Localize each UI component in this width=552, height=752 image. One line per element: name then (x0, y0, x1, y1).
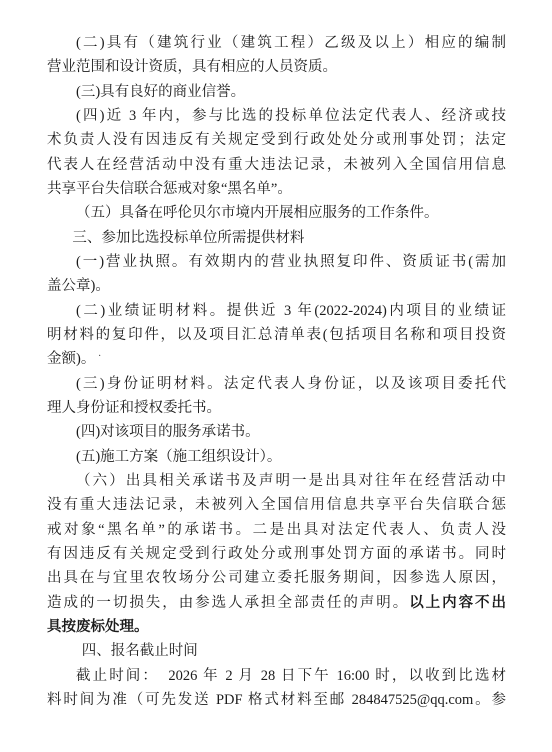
document-line: 料时间为准（可先发送 PDF 格式材料至邮 284847525@qq.com。参 (47, 688, 506, 712)
document-line: 三、参加比选投标单位所需提供材料 (47, 226, 506, 250)
text-segment: 出具在与宜里农牧场分公司建立委托服务期间，因参选人原因， (47, 570, 506, 586)
text-segment: (四)近 3 年内，参与比选的投标单位法定代表人、经济或技 (76, 108, 506, 124)
document-line: (二)具有（建筑行业（建筑工程）乙级及以上）相应的编制 (47, 31, 506, 55)
document-line: 代表人在经营活动中没有重大违法记录，未被列入全国信用信息 (47, 153, 506, 177)
text-segment: 术负责人没有因违反有关规定受到行政处处分或刑事处罚；法定 (47, 132, 506, 148)
text-segment: （六）出具相关承诺书及声明一是出具对往年在经营活动中 (76, 473, 506, 489)
document-line: （六）出具相关承诺书及声明一是出具对往年在经营活动中 (47, 469, 506, 493)
document-line: 金额)。 (47, 347, 506, 371)
text-segment: 戒对象“黑名单”的承诺书。二是出具对法定代表人、负责人没 (47, 522, 506, 538)
document-line: 理人身份证和授权委托书。 (47, 396, 506, 420)
document-line: 明材料的复印件，以及项目汇总清单表(包括项目名称和项目投资 (47, 323, 506, 347)
text-segment: 截止时间： 2026 年 2 月 28 日下午 16:00 时，以收到比选材 (76, 668, 506, 684)
text-segment: (二)业绩证明材料。提供近 3 年(2022-2024)内项目的业绩证 (76, 303, 506, 319)
stray-scan-mark: ’ (160, 649, 163, 659)
text-segment: 造成的一切损失，由参选人承担全部责任的声明。 (47, 595, 409, 611)
document-line: 造成的一切损失，由参选人承担全部责任的声明。以上内容不出 (47, 591, 506, 615)
document-line: 共享平台失信联合惩戒对象“黑名单”。 (47, 177, 506, 201)
document-line: 术负责人没有因违反有关规定受到行政处处分或刑事处罚；法定 (47, 128, 506, 152)
document-line: 戒对象“黑名单”的承诺书。二是出具对法定代表人、负责人没 (47, 518, 506, 542)
text-segment: (五)施工方案（施工组织设计）。 (76, 449, 281, 465)
text-segment: 共享平台失信联合惩戒对象“黑名单”。 (47, 181, 292, 197)
text-segment: 三、参加比选投标单位所需提供材料 (72, 230, 304, 246)
text-segment: 理人身份证和授权委托书。 (47, 400, 221, 416)
text-segment: （五）具备在呼伦贝尔市境内开展相应服务的工作条件。 (76, 205, 439, 221)
text-block: (二)具有（建筑行业（建筑工程）乙级及以上）相应的编制营业范围和设计资质，具有相… (47, 31, 506, 712)
text-segment: (三)具有良好的商业信誉。 (76, 84, 245, 100)
document-line: 截止时间： 2026 年 2 月 28 日下午 16:00 时，以收到比选材 (47, 664, 506, 688)
document-line: 盖公章)。 (47, 274, 506, 298)
document-line: 没有重大违法记录，未被列入全国信用信息共享平台失信联合惩 (47, 493, 506, 517)
text-segment: 有因违反有关规定受到行政处分或刑事处罚方面的承诺书。同时 (47, 546, 506, 562)
text-segment: (一)营业执照。有效期内的营业执照复印件、资质证书(需加 (76, 254, 506, 270)
text-segment: 代表人在经营活动中没有重大违法记录，未被列入全国信用信息 (47, 157, 506, 173)
document-line: (二)业绩证明材料。提供近 3 年(2022-2024)内项目的业绩证 (47, 299, 506, 323)
text-segment: 营业范围和设计资质，具有相应的人员资质。 (47, 59, 337, 75)
emphasized-text-segment: 以上内容不出 (409, 595, 506, 611)
document-line: 有因违反有关规定受到行政处分或刑事处罚方面的承诺书。同时 (47, 542, 506, 566)
stray-scan-mark: · (98, 352, 101, 362)
document-line: (四)近 3 年内，参与比选的投标单位法定代表人、经济或技 (47, 104, 506, 128)
document-line: 具按废标处理。 (47, 615, 506, 639)
document-page: (二)具有（建筑行业（建筑工程）乙级及以上）相应的编制营业范围和设计资质，具有相… (0, 0, 552, 752)
text-segment: 金额)。 (47, 351, 95, 367)
document-line: (三)具有良好的商业信誉。 (47, 80, 506, 104)
text-segment: 料时间为准（可先发送 PDF 格式材料至邮 284847525@qq.com。参 (47, 692, 506, 708)
text-segment: (三)身份证明材料。法定代表人身份证，以及该项目委托代 (76, 376, 506, 392)
text-segment: (二)具有（建筑行业（建筑工程）乙级及以上）相应的编制 (76, 35, 506, 51)
document-line: (五)施工方案（施工组织设计）。 (47, 445, 506, 469)
document-line: 四、报名截止时间 (47, 639, 506, 663)
document-line: (三)身份证明材料。法定代表人身份证，以及该项目委托代 (47, 372, 506, 396)
text-segment: 没有重大违法记录，未被列入全国信用信息共享平台失信联合惩 (47, 497, 506, 513)
document-line: (一)营业执照。有效期内的营业执照复印件、资质证书(需加 (47, 250, 506, 274)
text-segment: 明材料的复印件，以及项目汇总清单表(包括项目名称和项目投资 (47, 327, 506, 343)
document-line: （五）具备在呼伦贝尔市境内开展相应服务的工作条件。 (47, 201, 506, 225)
text-segment: 盖公章)。 (47, 278, 110, 294)
document-line: (四)对该项目的服务承诺书。 (47, 420, 506, 444)
text-segment: (四)对该项目的服务承诺书。 (76, 424, 260, 440)
document-line: 出具在与宜里农牧场分公司建立委托服务期间，因参选人原因， (47, 566, 506, 590)
document-line: 营业范围和设计资质，具有相应的人员资质。 (47, 55, 506, 79)
emphasized-text-segment: 具按废标处理。 (47, 619, 149, 635)
text-segment: 四、报名截止时间 (82, 643, 198, 659)
